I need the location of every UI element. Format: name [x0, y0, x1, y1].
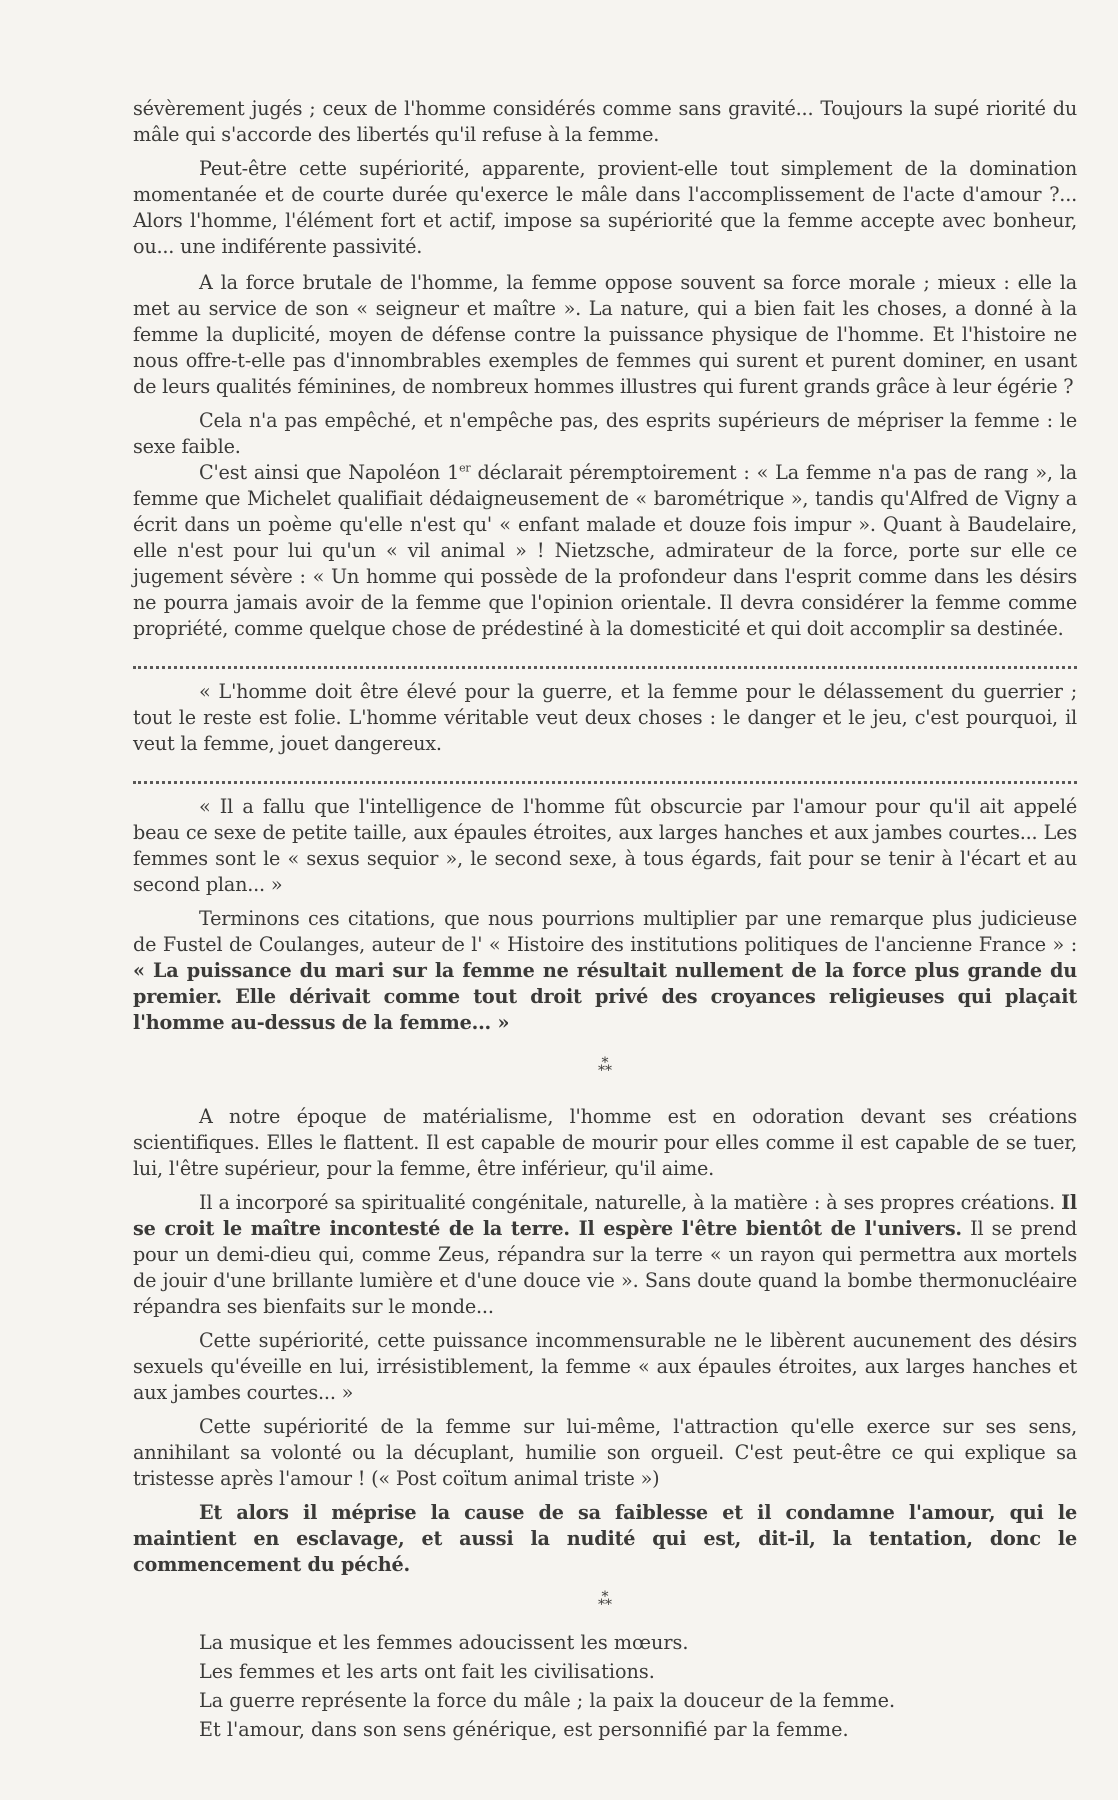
asterism-separator: * ** — [133, 1056, 1077, 1078]
asterism-separator: * ** — [133, 1590, 1077, 1612]
paragraph-nietzsche-warrior: « L'homme doit être élevé pour la guerre… — [133, 679, 1077, 757]
napoleon-text: C'est ainsi que Napoléon 1 — [199, 461, 459, 484]
spirituality-text: Il a incorporé sa spiritualité congénita… — [199, 1191, 1061, 1214]
paragraph-materialism: A notre époque de matérialisme, l'homme … — [133, 1104, 1077, 1182]
paragraph-desires: Cette supériorité, cette puissance incom… — [133, 1328, 1077, 1406]
maxim-item: La guerre représente la force du mâle ; … — [199, 1686, 1077, 1715]
paragraph-contempt: Et alors il méprise la cause de sa faibl… — [133, 1500, 1077, 1578]
dotted-separator — [133, 767, 1077, 784]
maxim-item: Et l'amour, dans son sens générique, est… — [199, 1715, 1077, 1744]
dotted-separator — [133, 652, 1077, 669]
asterism-icon: ** — [133, 1598, 1077, 1612]
fustel-quote-bold: « La puissance du mari sur la femme ne r… — [133, 959, 1077, 1034]
asterism-icon: ** — [133, 1064, 1077, 1078]
paragraph-spirituality: Il a incorporé sa spiritualité congénita… — [133, 1190, 1077, 1320]
paragraph-schopenhauer: « Il a fallu que l'intelligence de l'hom… — [133, 794, 1077, 898]
document-page: sévèrement jugés ; ceux de l'homme consi… — [133, 96, 1077, 1744]
maxim-item: La musique et les femmes adoucissent les… — [199, 1628, 1077, 1657]
maxim-item: Les femmes et les arts ont fait les civi… — [199, 1657, 1077, 1686]
ordinal-superscript: er — [459, 462, 470, 475]
paragraph-brute-force: A la force brutale de l'homme, la femme … — [133, 270, 1077, 400]
paragraph-weak-sex: Cela n'a pas empêché, et n'empêche pas, … — [133, 408, 1077, 460]
paragraph-continuation: sévèrement jugés ; ceux de l'homme consi… — [133, 96, 1077, 148]
fustel-intro-text: Terminons ces citations, que nous pourri… — [133, 907, 1077, 956]
paragraph-quotations: C'est ainsi que Napoléon 1er déclarait p… — [133, 460, 1077, 642]
quotations-text: déclarait péremptoirement : « La femme n… — [133, 461, 1077, 640]
maxims-list: La musique et les femmes adoucissent les… — [133, 1628, 1077, 1744]
paragraph-sadness: Cette supériorité de la femme sur lui-mê… — [133, 1414, 1077, 1492]
paragraph-superiority: Peut-être cette supériorité, apparente, … — [133, 156, 1077, 260]
paragraph-fustel-de-coulanges: Terminons ces citations, que nous pourri… — [133, 906, 1077, 1036]
